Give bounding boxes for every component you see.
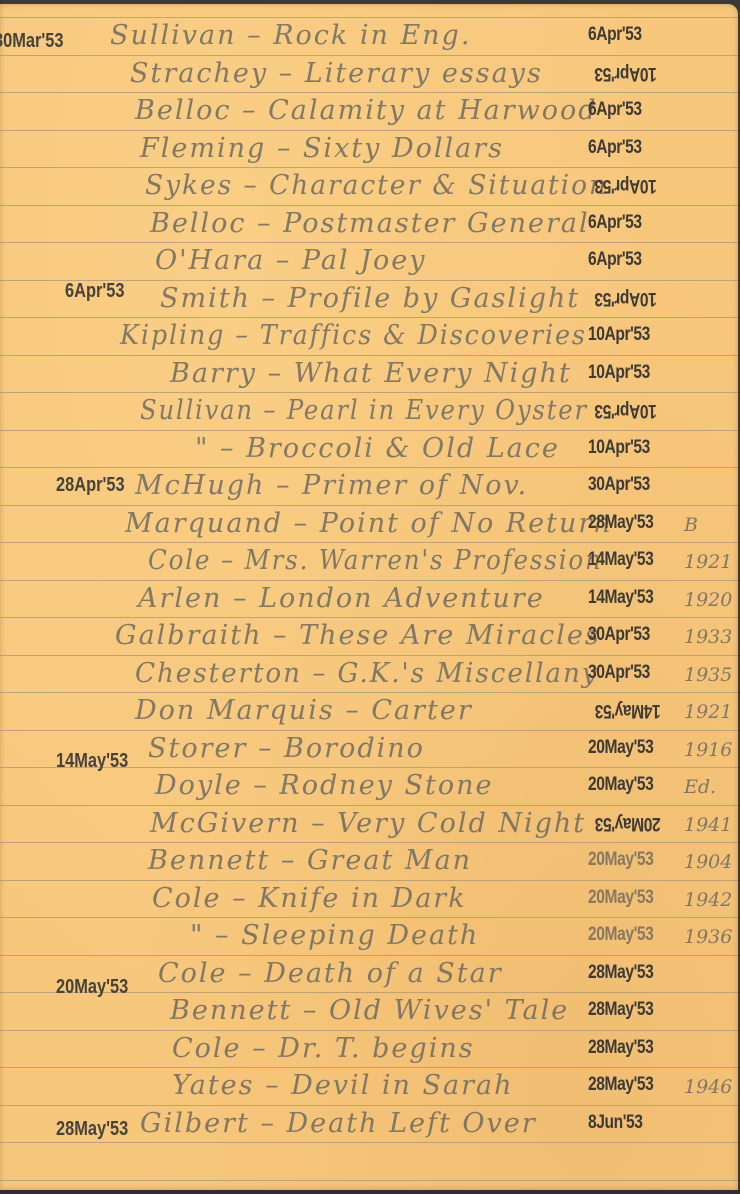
due-date-stamp: 20May'53 [588,849,653,871]
ruled-line [0,392,738,393]
ruled-line [0,842,738,843]
entry-handwriting: Arlen – London Adventure [138,583,545,614]
entry-handwriting: Smith – Profile by Gaslight [160,283,580,314]
due-date-stamp: 20May'53 [588,774,653,796]
ruled-line [0,92,738,93]
entry-year-note: 1921 [684,551,732,573]
ruled-line [0,505,738,506]
checkout-date-stamp: 6Apr'53 [65,280,125,303]
entry-year-note: 1921 [684,701,732,723]
due-date-stamp: 28May'53 [588,512,653,534]
entry-handwriting: Kipling – Traffics & Discoveries [120,320,587,351]
entry-handwriting: Strachey – Literary essays [130,58,543,89]
entry-year-note: 1936 [684,926,732,948]
entry-handwriting: Bennett – Old Wives' Tale [170,995,569,1026]
due-date-stamp: 10Apr'53 [588,437,650,459]
ruled-line [0,355,738,356]
due-date-stamp: 20May'53 [588,737,653,759]
entry-year-note: 1946 [684,1076,732,1098]
ruled-line [0,130,738,131]
due-date-stamp: 10Apr'53 [595,174,657,196]
due-date-stamp: 6Apr'53 [588,137,642,159]
due-date-stamp: 6Apr'53 [588,99,642,121]
entry-handwriting: Cole – Death of a Star [158,958,503,989]
due-date-stamp: 14May'53 [595,699,660,721]
due-date-stamp: 28May'53 [588,962,653,984]
due-date-stamp: 6Apr'53 [588,249,642,271]
entry-handwriting: Belloc – Postmaster General [150,208,590,239]
due-date-stamp: 14May'53 [588,549,653,571]
entry-handwriting: Sullivan – Pearl in Every Oyster [140,395,588,426]
entry-handwriting: O'Hara – Pal Joey [155,245,426,276]
entry-year-note: 1920 [684,589,732,611]
entry-handwriting: Storer – Borodino [148,733,425,764]
entry-handwriting: Barry – What Every Night [170,358,572,389]
due-date-stamp: 30Apr'53 [588,624,650,646]
ruled-line [0,1030,738,1031]
checkout-date-stamp: 14May'53 [56,750,128,773]
entry-handwriting: " – Sleeping Death [190,920,479,951]
entry-handwriting: Sykes – Character & Situation [145,170,608,201]
ruled-line [0,430,738,431]
entry-handwriting: Marquand – Point of No Return [125,508,613,539]
due-date-stamp: 6Apr'53 [588,24,642,46]
entry-year-note: 1933 [684,626,732,648]
entry-handwriting: Bennett – Great Man [148,845,472,876]
scan-edge [0,1190,740,1194]
ruled-line [0,655,738,656]
entry-handwriting: Cole – Knife in Dark [152,883,467,914]
entry-handwriting: Don Marquis – Carter [135,695,473,726]
due-date-stamp: 10Apr'53 [588,362,650,384]
ruled-line [0,1067,738,1068]
entry-handwriting: Gilbert – Death Left Over [140,1108,537,1139]
ruled-line [0,542,738,543]
entry-handwriting: Fleming – Sixty Dollars [140,133,504,164]
entry-handwriting: Yates – Devil in Sarah [172,1070,514,1101]
entry-year-note: 1904 [684,851,732,873]
checkout-date-stamp: 28May'53 [56,1118,128,1141]
ruled-line [0,55,738,56]
due-date-stamp: 8Jun'53 [588,1112,643,1134]
due-date-stamp: 14May'53 [588,587,653,609]
ruled-line [0,580,738,581]
ruled-line [0,692,738,693]
ruled-line [0,617,738,618]
entry-year-note: Ed. [684,776,716,798]
checkout-date-stamp: 30Mar'53 [0,30,64,53]
due-date-stamp: 10Apr'53 [595,62,657,84]
library-card: 30Mar'536Apr'5328Apr'5314May'5320May'532… [0,4,738,1190]
due-date-stamp: 10Apr'53 [595,399,657,421]
due-date-stamp: 28May'53 [588,1037,653,1059]
checkout-date-stamp: 20May'53 [56,976,128,999]
entry-handwriting: Sullivan – Rock in Eng. [110,20,471,51]
ruled-line [0,880,738,881]
due-date-stamp: 6Apr'53 [588,212,642,234]
checkout-date-stamp: 28Apr'53 [56,474,125,497]
ruled-line [0,467,738,468]
entry-year-note: 1935 [684,664,732,686]
ruled-line [0,805,738,806]
ruled-line [0,1180,738,1181]
ruled-line [0,1142,738,1143]
entry-handwriting: Chesterton – G.K.'s Miscellany [135,658,598,689]
due-date-stamp: 10Apr'53 [595,287,657,309]
entry-handwriting: McHugh – Primer of Nov. [135,470,528,501]
ruled-line [0,242,738,243]
entry-handwriting: Belloc – Calamity at Harwood [135,95,598,126]
due-date-stamp: 20May'53 [588,924,653,946]
ruled-line [0,917,738,918]
due-date-stamp: 28May'53 [588,1074,653,1096]
entry-year-note: B [684,514,698,536]
entry-handwriting: " – Broccoli & Old Lace [195,433,560,464]
due-date-stamp: 28May'53 [588,999,653,1021]
due-date-stamp: 30Apr'53 [588,474,650,496]
entry-year-note: 1942 [684,889,732,911]
entry-handwriting: McGivern – Very Cold Night [150,808,586,839]
ruled-line [0,317,738,318]
due-date-stamp: 20May'53 [595,812,660,834]
ruled-line [0,955,738,956]
ruled-line [0,205,738,206]
ruled-line [0,1105,738,1106]
due-date-stamp: 30Apr'53 [588,662,650,684]
entry-handwriting: Cole – Dr. T. begins [172,1033,475,1064]
ruled-line [0,167,738,168]
due-date-stamp: 10Apr'53 [588,324,650,346]
entry-year-note: 1916 [684,739,732,761]
entry-handwriting: Doyle – Rodney Stone [155,770,493,801]
entry-handwriting: Cole – Mrs. Warren's Profession [148,545,603,576]
due-date-stamp: 20May'53 [588,887,653,909]
entry-handwriting: Galbraith – These Are Miracles [115,620,601,651]
ruled-line [0,17,738,18]
ruled-line [0,730,738,731]
entry-year-note: 1941 [684,814,732,836]
